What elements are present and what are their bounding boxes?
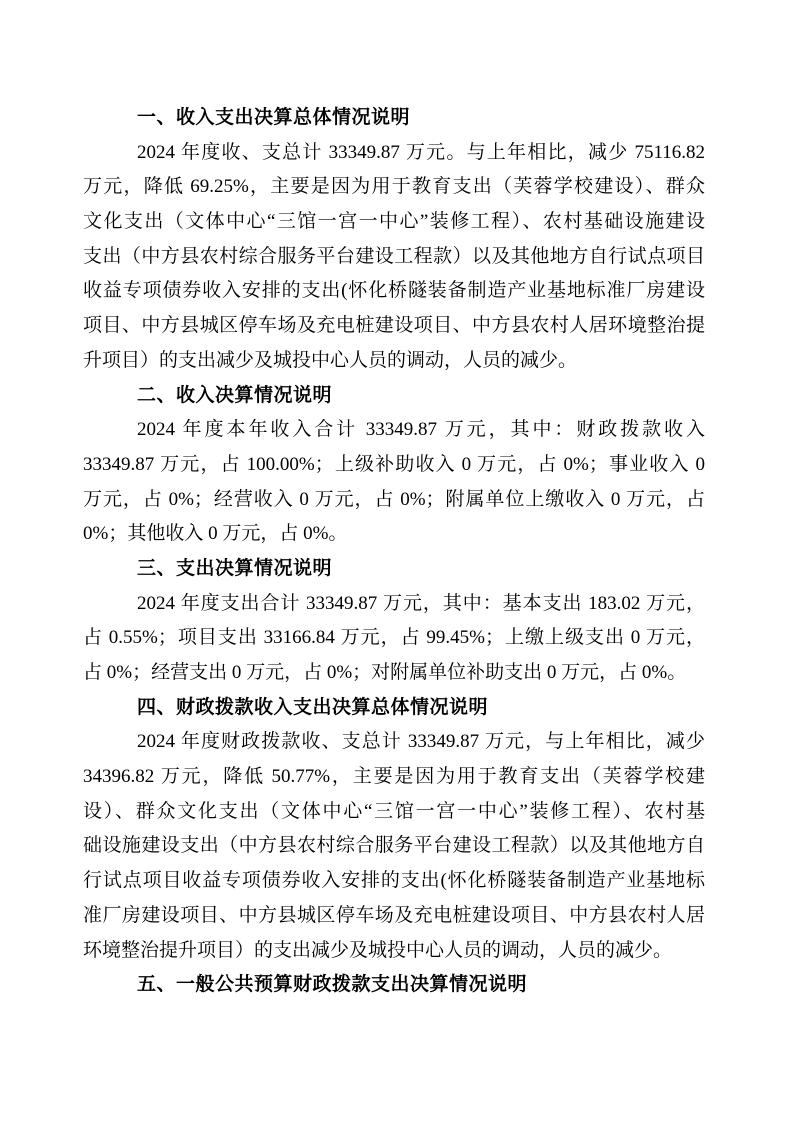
section-heading-5: 五、一般公共预算财政拨款支出决算情况说明 [83,968,705,1003]
text-line: 项目、中方县城区停车场及充电桩建设项目、中方县农村人居环境整治提 [83,309,705,344]
text-line: 万元，占 0%；经营收入 0 万元，占 0%；附属单位上缴收入 0 万元，占 [83,483,705,518]
text-line: 行试点项目收益专项债券收入安排的支出(怀化桥隧装备制造产业基地标 [83,864,705,899]
text-line: 设）、群众文化支出（文体中心“三馆一宫一中心”装修工程）、农村基 [83,795,705,830]
text-line: 占 0.55%；项目支出 33166.84 万元，占 99.45%；上缴上级支出… [83,621,705,656]
document-page: 一、收入支出决算总体情况说明 2024 年度收、支总计 33349.87 万元。… [0,0,793,1122]
text-line: 2024 年度收、支总计 33349.87 万元。与上年相比，减少 75116.… [83,136,705,171]
text-line: 准厂房建设项目、中方县城区停车场及充电桩建设项目、中方县农村人居 [83,899,705,934]
text-line: 33349.87 万元，占 100.00%；上级补助收入 0 万元，占 0%；事… [83,448,705,483]
text-line: 0%；其他收入 0 万元，占 0%。 [83,517,705,552]
text-line: 2024 年度财政拨款收、支总计 33349.87 万元，与上年相比，减少 [83,725,705,760]
text-line: 础设施建设支出（中方县农村综合服务平台建设工程款）以及其他地方自 [83,829,705,864]
text-line: 支出（中方县农村综合服务平台建设工程款）以及其他地方自行试点项目 [83,240,705,275]
section-heading-2: 二、收入决算情况说明 [83,379,705,414]
text-line: 占 0%；经营支出 0 万元，占 0%；对附属单位补助支出 0 万元，占 0%。 [83,656,705,691]
text-line: 34396.82 万元，降低 50.77%，主要是因为用于教育支出（芙蓉学校建 [83,760,705,795]
text-line: 2024 年度本年收入合计 33349.87 万元，其中：财政拨款收入 [83,413,705,448]
text-line: 升项目）的支出减少及城投中心人员的调动，人员的减少。 [83,344,705,379]
section-heading-4: 四、财政拨款收入支出决算总体情况说明 [83,691,705,726]
section-heading-3: 三、支出决算情况说明 [83,552,705,587]
text-line: 环境整治提升项目）的支出减少及城投中心人员的调动，人员的减少。 [83,934,705,969]
text-line: 收益专项债券收入安排的支出(怀化桥隧装备制造产业基地标准厂房建设 [83,274,705,309]
text-line: 文化支出（文体中心“三馆一宫一中心”装修工程）、农村基础设施建设 [83,205,705,240]
text-line: 万元，降低 69.25%，主要是因为用于教育支出（芙蓉学校建设）、群众 [83,170,705,205]
text-line: 2024 年度支出合计 33349.87 万元，其中：基本支出 183.02 万… [83,587,705,622]
section-heading-1: 一、收入支出决算总体情况说明 [83,101,705,136]
